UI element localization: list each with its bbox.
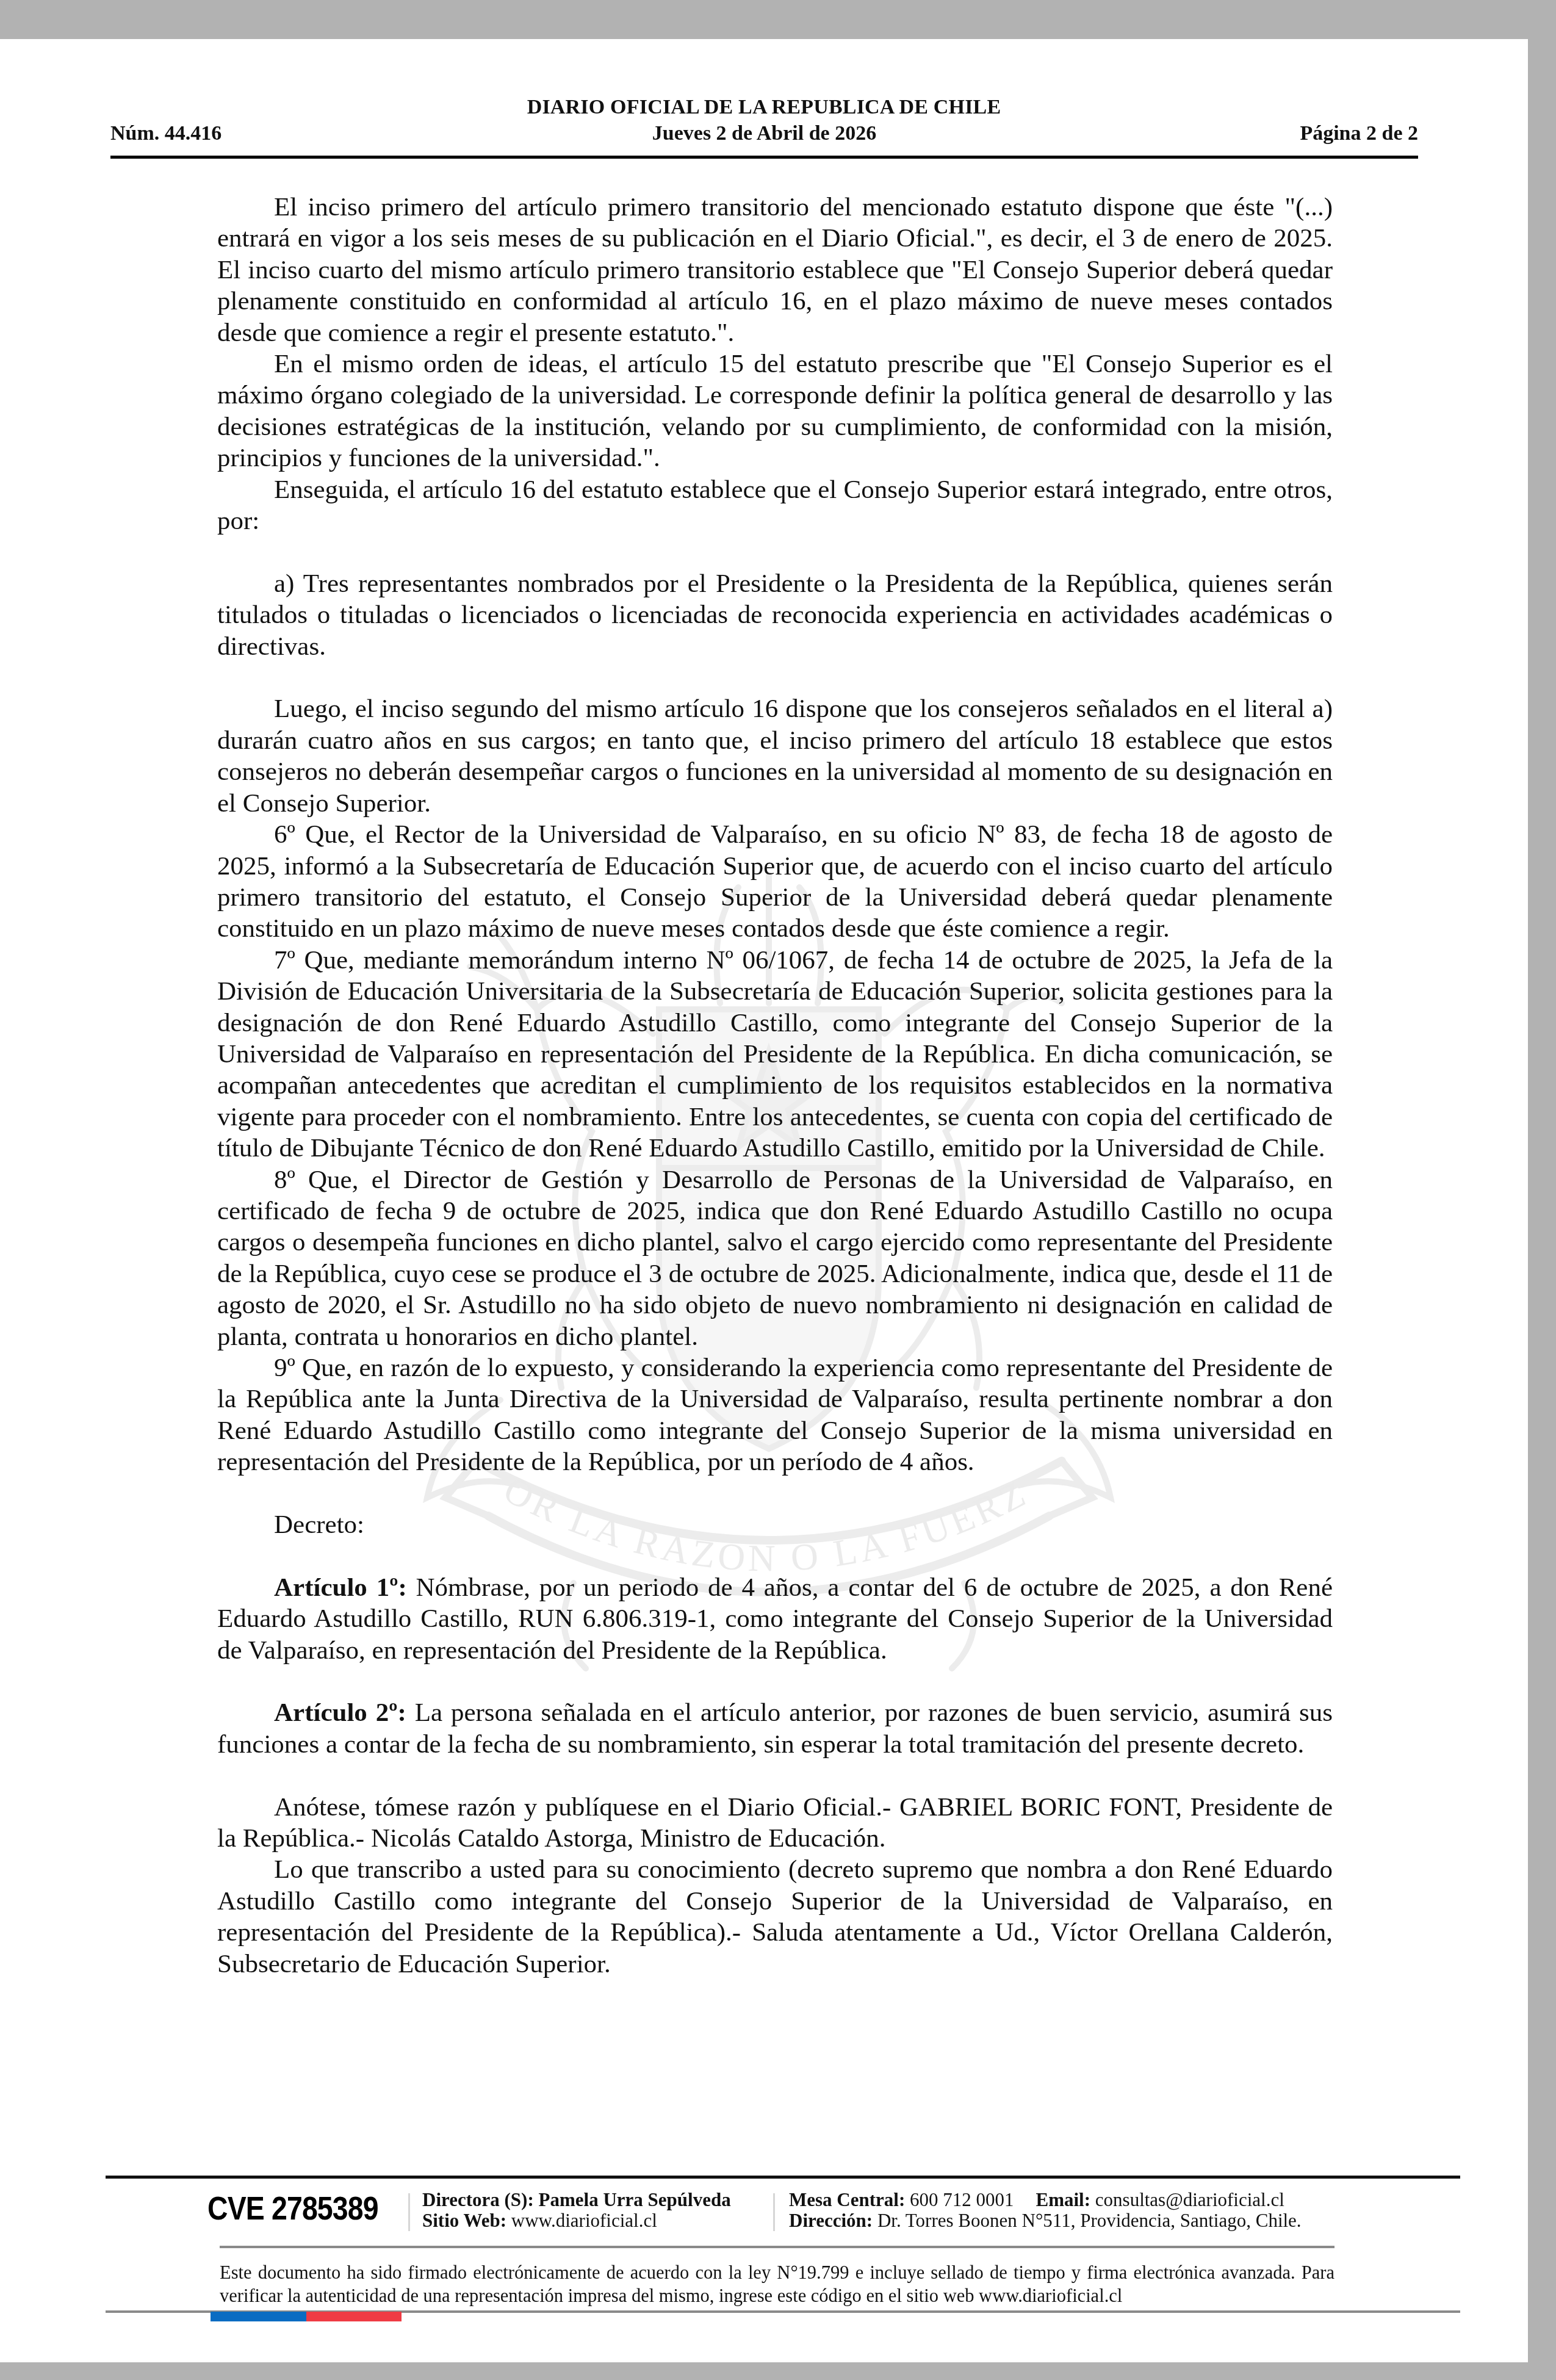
paragraph: Luego, el inciso segundo del mismo artíc… (217, 693, 1333, 819)
signature-disclaimer: Este documento ha sido firmado electróni… (220, 2261, 1334, 2307)
article-2: Artículo 2º: La persona señalada en el a… (217, 1697, 1333, 1760)
paragraph: En el mismo orden de ideas, el artículo … (217, 348, 1333, 474)
flag-stripe-blue (211, 2312, 306, 2321)
flag-stripe-red (306, 2312, 402, 2321)
spacer (217, 1666, 1333, 1697)
decree-heading: Decreto: (217, 1509, 1333, 1540)
footer-divider-top (106, 2176, 1460, 2179)
phone-value: 600 712 0001 (905, 2189, 1014, 2210)
article-1: Artículo 1º: Nómbrase, por un periodo de… (217, 1572, 1333, 1666)
paragraph-considerando-6: 6º Que, el Rector de la Universidad de V… (217, 819, 1333, 945)
paragraph: Enseguida, el artículo 16 del estatuto e… (217, 474, 1333, 537)
footer-separator (408, 2193, 410, 2231)
director-label: Directora (S): (422, 2189, 534, 2210)
footer-contact-block: Mesa Central: 600 712 0001Email: consult… (789, 2190, 1302, 2231)
cve-code: CVE 2785389 (207, 2187, 378, 2230)
phone-label: Mesa Central: (789, 2189, 905, 2210)
document-page: POR LA RAZON O LA FUERZA DIARIO OFICIAL … (0, 39, 1528, 2362)
header-divider (110, 156, 1418, 159)
address-value: Dr. Torres Boonen N°511, Providencia, Sa… (873, 2210, 1301, 2231)
website-link[interactable]: www.diarioficial.cl (506, 2210, 657, 2231)
paragraph-considerando-7: 7º Que, mediante memorándum interno Nº 0… (217, 945, 1333, 1164)
footer-divider-middle (220, 2246, 1334, 2248)
article-2-label: Artículo 2º: (274, 1698, 406, 1727)
closing-transcription: Lo que transcribo a usted para su conoci… (217, 1854, 1333, 1980)
publication-date: Jueves 2 de Abril de 2026 (110, 121, 1418, 146)
paragraph-considerando-8: 8º Que, el Director de Gestión y Desarro… (217, 1164, 1333, 1352)
header-row: Núm. 44.416 Jueves 2 de Abril de 2026 Pá… (110, 121, 1418, 146)
spacer (217, 1540, 1333, 1571)
footer-separator (773, 2193, 775, 2231)
email-link[interactable]: consultas@diarioficial.cl (1090, 2189, 1284, 2210)
page-indicator: Página 2 de 2 (1300, 121, 1418, 146)
paragraph: El inciso primero del artículo primero t… (217, 192, 1333, 348)
spacer (217, 536, 1333, 568)
director-name: Pamela Urra Sepúlveda (534, 2189, 731, 2210)
paragraph-literal-a: a) Tres representantes nombrados por el … (217, 568, 1333, 662)
address-label: Dirección: (789, 2210, 873, 2231)
footer-director-block: Directora (S): Pamela Urra Sepúlveda Sit… (422, 2190, 731, 2231)
paragraph-considerando-9: 9º Que, en razón de lo expuesto, y consi… (217, 1352, 1333, 1478)
website-label: Sitio Web: (422, 2210, 506, 2231)
article-1-label: Artículo 1º: (274, 1573, 407, 1602)
closing-signatures: Anótese, tómese razón y publíquese en el… (217, 1792, 1333, 1855)
spacer (217, 1478, 1333, 1509)
spacer (217, 662, 1333, 693)
document-body: El inciso primero del artículo primero t… (217, 192, 1333, 1980)
email-label: Email: (1036, 2189, 1091, 2210)
publication-title: DIARIO OFICIAL DE LA REPUBLICA DE CHILE (0, 95, 1528, 120)
spacer (217, 1760, 1333, 1791)
